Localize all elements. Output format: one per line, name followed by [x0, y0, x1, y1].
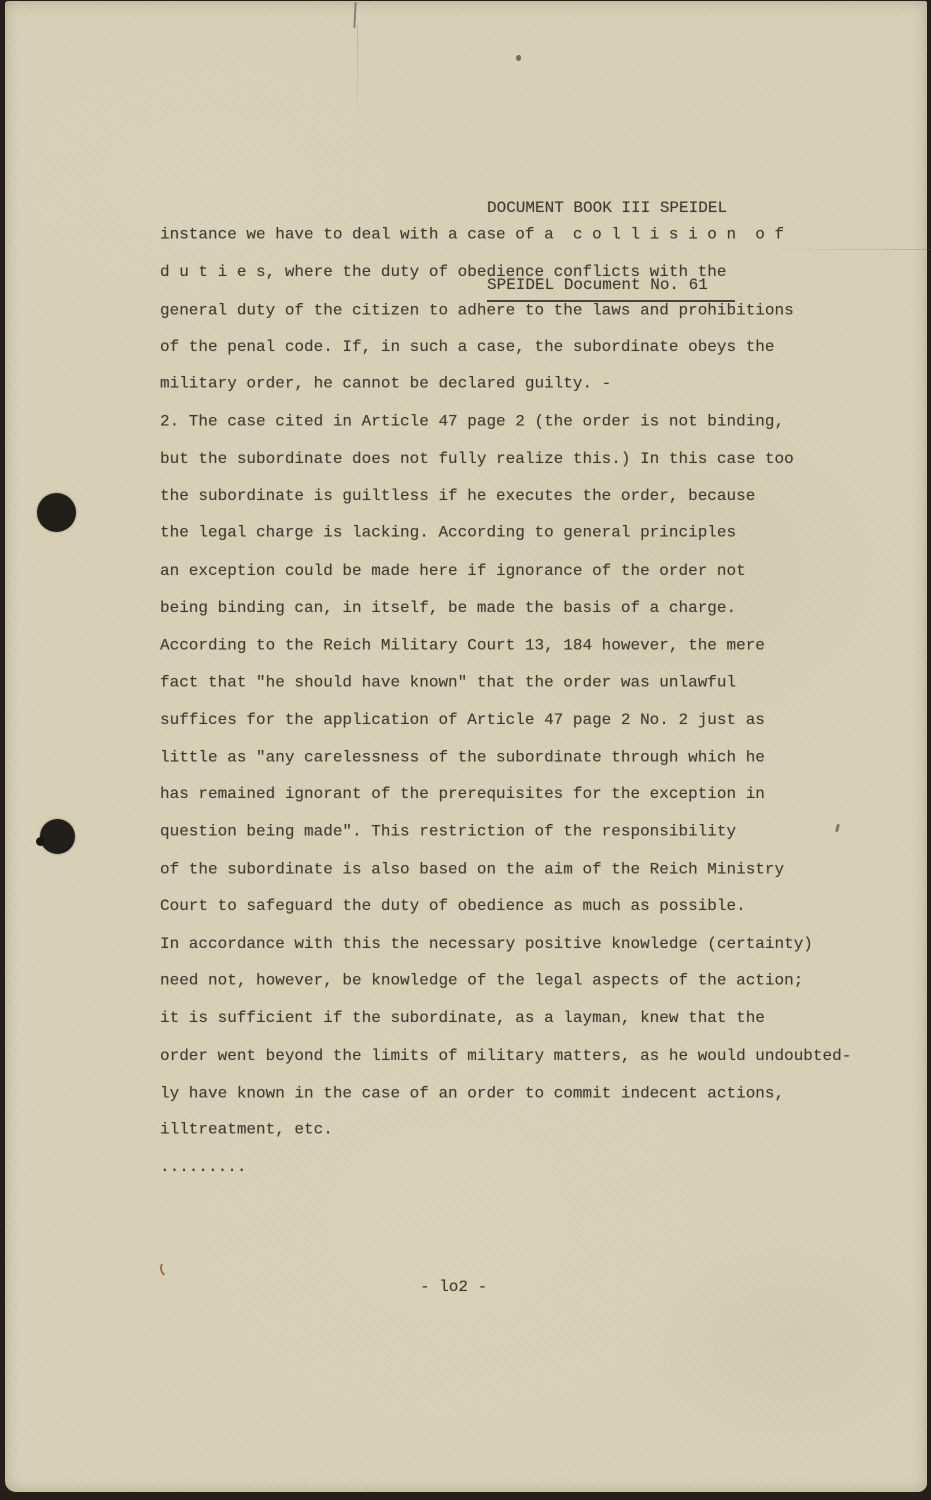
- paper-speck: [516, 55, 521, 61]
- text-line: of the subordinate is also based on the …: [160, 860, 900, 897]
- hole-punch-top: [37, 493, 76, 532]
- text-line: an exception could be made here if ignor…: [160, 562, 900, 599]
- text-line: d u t i e s, where the duty of obedience…: [160, 263, 900, 300]
- text-line: need not, however, be knowledge of the l…: [160, 972, 900, 1009]
- text-line: illtreatment, etc.: [160, 1121, 900, 1158]
- text-line: According to the Reich Military Court 13…: [160, 637, 900, 674]
- document-body: instance we have to deal with a case of …: [160, 226, 900, 1196]
- text-line: of the penal code. If, in such a case, t…: [160, 338, 900, 375]
- page-number: - lo2 -: [420, 1278, 487, 1296]
- text-line: military order, he cannot be declared gu…: [160, 375, 900, 412]
- text-line: Court to safeguard the duty of obedience…: [160, 897, 900, 934]
- text-line: order went beyond the limits of military…: [160, 1047, 900, 1084]
- text-line: but the subordinate does not fully reali…: [160, 450, 900, 487]
- paper-crease-vertical: [357, 25, 358, 135]
- text-line: ly have known in the case of an order to…: [160, 1084, 900, 1121]
- text-line: little as "any carelessness of the subor…: [160, 749, 900, 786]
- text-line: has remained ignorant of the prerequisit…: [160, 785, 900, 822]
- hole-punch-bottom: [40, 819, 75, 854]
- text-line: In accordance with this the necessary po…: [160, 935, 900, 972]
- text-line: question being made". This restriction o…: [160, 822, 900, 859]
- pen-mark-crescent: [158, 1259, 176, 1279]
- text-line: the subordinate is guiltless if he execu…: [160, 487, 900, 524]
- text-line: suffices for the application of Article …: [160, 711, 900, 748]
- text-line: the legal charge is lacking. According t…: [160, 524, 900, 561]
- text-line: instance we have to deal with a case of …: [160, 226, 900, 263]
- scanned-document: { "document": { "header": { "line1": "DO…: [0, 0, 931, 1500]
- text-line: general duty of the citizen to adhere to…: [160, 301, 900, 338]
- text-line: being binding can, in itself, be made th…: [160, 599, 900, 636]
- paper-page: DOCUMENT BOOK III SPEIDEL SPEIDEL Docume…: [5, 1, 927, 1492]
- text-line: 2. The case cited in Article 47 page 2 (…: [160, 413, 900, 450]
- text-line: it is sufficient if the subordinate, as …: [160, 1009, 900, 1046]
- text-line: fact that "he should have known" that th…: [160, 673, 900, 710]
- document-book-title: DOCUMENT BOOK III SPEIDEL: [487, 196, 735, 221]
- ellipsis-line: .........: [160, 1158, 900, 1195]
